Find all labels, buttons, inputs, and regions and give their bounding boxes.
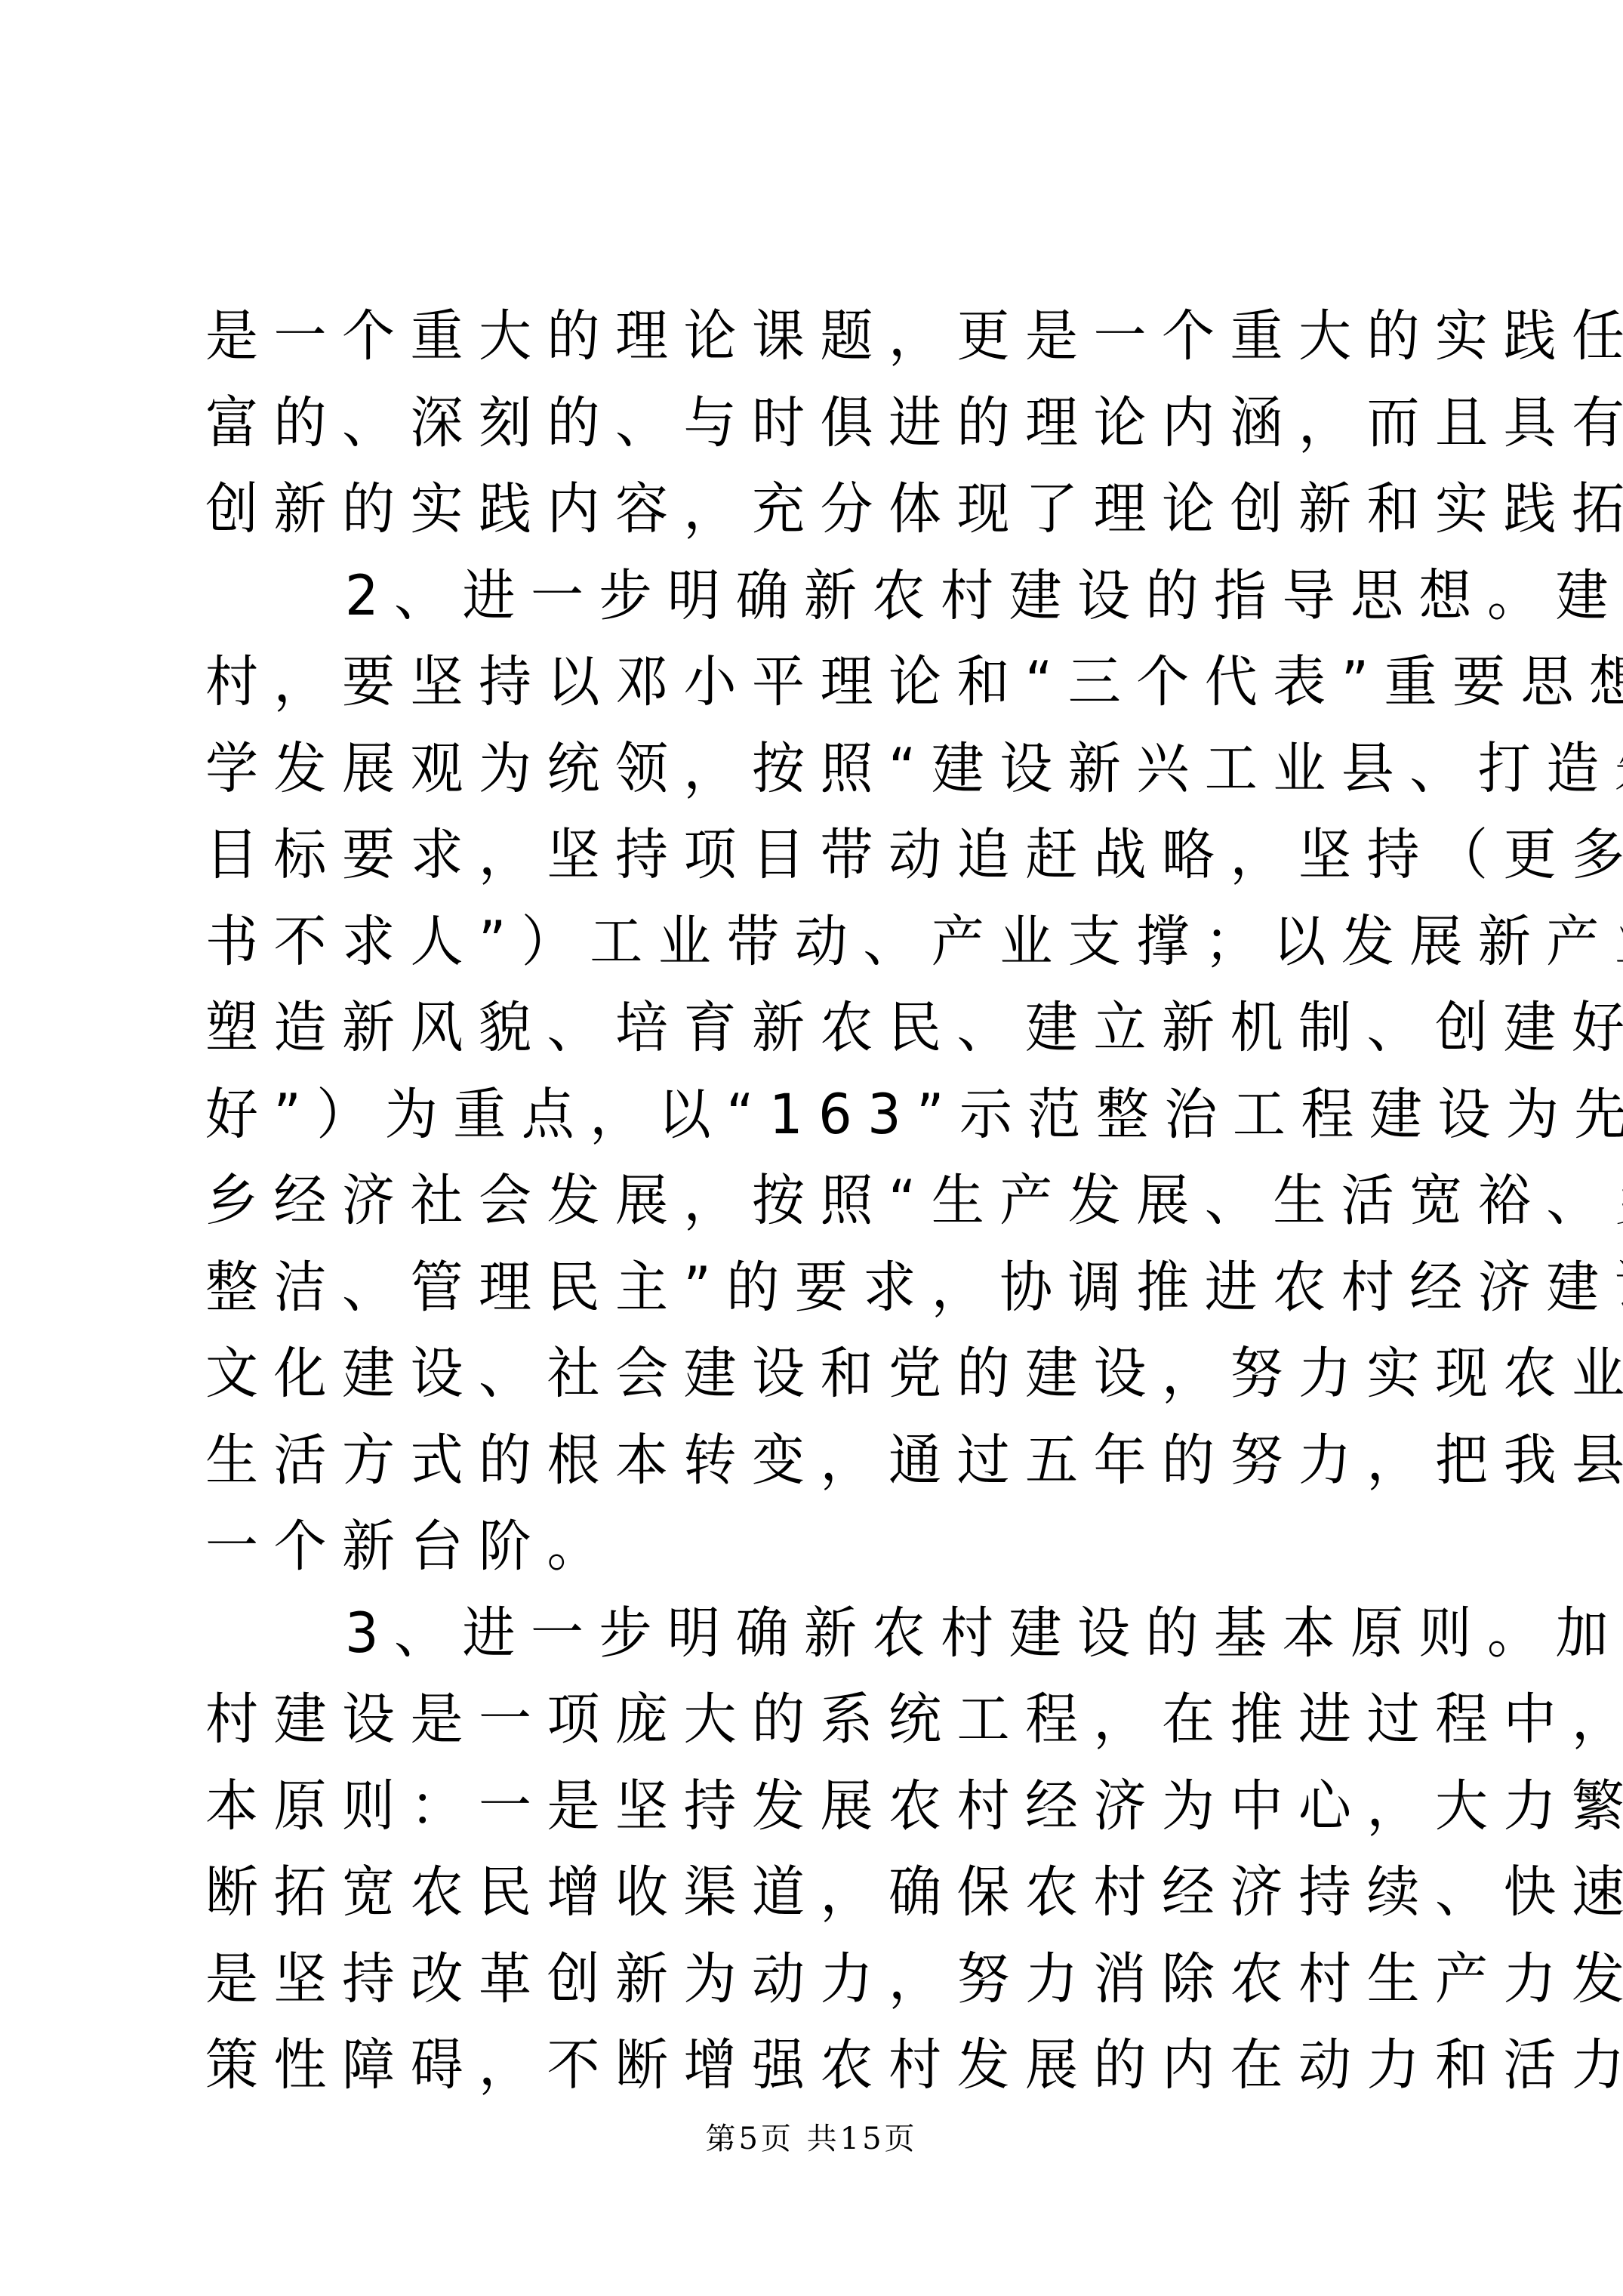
text-line: 策性障碍，不断增强农村发展的内在动力和活力。三是坚持统筹 [205,2020,1451,2110]
paragraph-heading-line: 2、进一步明确新农村建设的指导思想。建设社会主义新农 [205,550,1451,641]
document-body: 是一个重大的理论课题，更是一个重大的实践任务，不仅具有丰 富的、深刻的、与时俱进… [205,293,1451,2109]
text-line: 断拓宽农民增收渠道，确保农村经济持续、快速、健康发展。二 [205,1847,1451,1937]
document-page: 是一个重大的理论课题，更是一个重大的实践任务，不仅具有丰 富的、深刻的、与时俱进… [0,0,1623,2296]
text-line: 是坚持改革创新为动力，努力消除农村生产力发展的体制性、政 [205,1934,1451,2024]
text-line: 文化建设、社会建设和党的建设，努力实现农业增长方式和农民 [205,1328,1451,1419]
text-line: 塑造新风貌、培育新农民、建立新机制、创建好班子（“五新一 [205,982,1451,1073]
paragraph-heading-line: 3、进一步明确新农村建设的基本原则。加快社会主义新农 [205,1588,1451,1678]
text-line: 生活方式的根本转变，通过五年的努力，把我县新农村建设推上 [205,1415,1451,1505]
text-line: 村，要坚持以邓小平理论和“三个代表”重要思想为指导，以科 [205,636,1451,727]
text-line: 富的、深刻的、与时俱进的理论内涵，而且具有实际的、实效的、 [205,378,1451,468]
text-line: 创新的实践内容，充分体现了理论创新和实践拓展的统一。 [205,464,1451,554]
text-line: 乡经济社会发展，按照“生产发展、生活宽裕、乡风文明、村容 [205,1155,1451,1246]
text-line: 一个新台阶。 [205,1501,1451,1592]
text-line: 好”）为重点，以“163”示范整治工程建设为先导，坚持统筹城 [205,1069,1451,1160]
text-line: 整洁、管理民主”的要求，协调推进农村经济建设、政治建设、 [205,1242,1451,1333]
text-line: 书不求人”）工业带动、产业支撑；以发展新产业、建设新村镇、 [205,896,1451,987]
page-number-footer: 第5页 共15页 [0,2120,1623,2158]
text-line: 本原则：一是坚持发展农村经济为中心，大力繁荣农村经济，不 [205,1761,1451,1851]
text-line: 学发展观为统领，按照“建设新兴工业县、打造朱子文化城”的 [205,723,1451,814]
text-line: 是一个重大的理论课题，更是一个重大的实践任务，不仅具有丰 [205,291,1451,381]
text-line: 村建设是一项庞大的系统工程，在推进过程中，必须把握六条基 [205,1674,1451,1764]
text-line: 目标要求，坚持项目带动追赶战略，坚持（更多精彩文章来自“秘 [205,809,1451,900]
